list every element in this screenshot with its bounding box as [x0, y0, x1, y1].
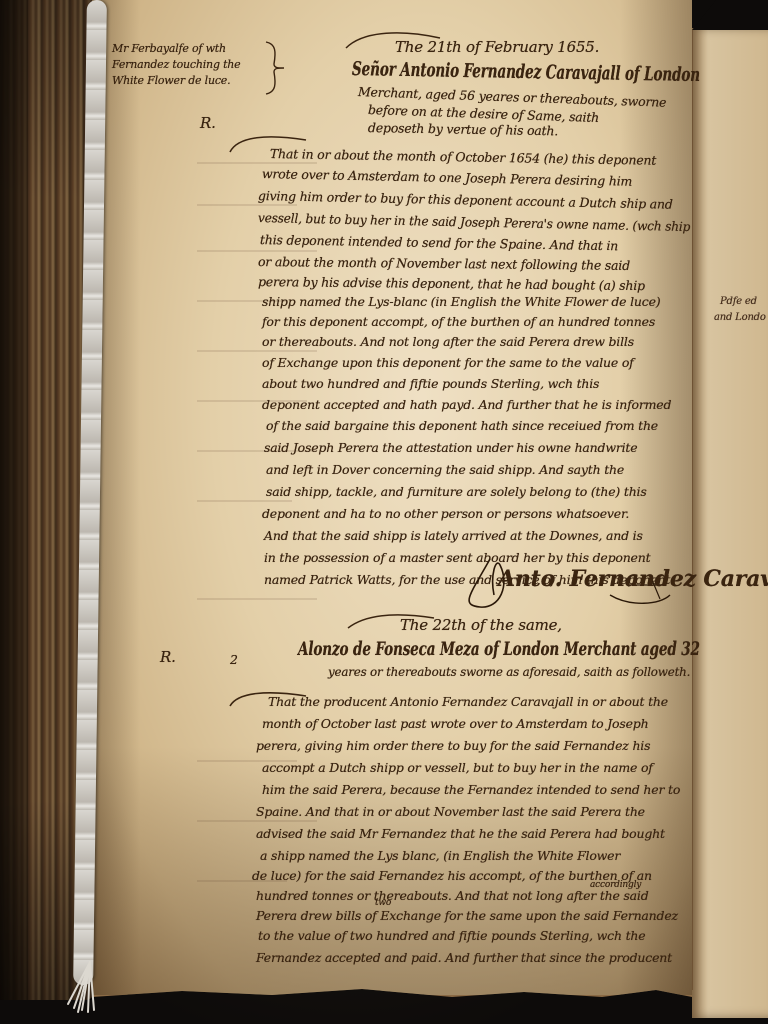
body-line: Fernandez accepted and paid. And further… — [256, 950, 672, 965]
body-line: of the said bargaine this deponent hath … — [266, 418, 658, 433]
body-line: Spaine. And that in or about November la… — [256, 804, 645, 819]
deposition-2-mark: R. — [160, 648, 176, 666]
bleed-through — [197, 162, 317, 164]
body-line: and left in Dover concerning the said sh… — [266, 462, 624, 477]
margin-note-line: Mr Ferbayalfe of wth — [112, 42, 226, 55]
deposition-1-date: The 21th of February 1655. — [395, 38, 599, 56]
body-line: of Exchange upon this deponent for the s… — [262, 355, 634, 370]
body-line: shipp named the Lys-blanc (in English th… — [262, 294, 660, 309]
right-page-note-line: Pdfe ed — [720, 296, 757, 307]
bleed-through — [197, 598, 317, 600]
body-line: That the producent Antonio Fernandez Car… — [268, 694, 668, 709]
deposition-2-deponent-line: yeares or thereabouts sworne as aforesai… — [328, 664, 690, 679]
bleed-through — [197, 350, 317, 352]
bleed-through — [197, 820, 317, 822]
body-line: him the said Perera, because the Fernand… — [262, 782, 680, 797]
body-line: said shipp, tackle, and furniture are so… — [266, 484, 647, 499]
deposition-2-number: 2 — [230, 652, 238, 667]
body-line: in the possession of a master sent aboar… — [264, 550, 650, 565]
body-line: to the value of two hundred and fiftie p… — [258, 928, 645, 943]
bleed-through — [197, 204, 297, 206]
deposition-2-deponent: Alonzo de Fonseca Meza of London Merchan… — [298, 638, 700, 660]
margin-note-line: White Flower de luce. — [112, 74, 230, 87]
body-line: advised the said Mr Fernandez that he th… — [256, 826, 665, 841]
body-line: deponent accepted and hath payd. And fur… — [262, 397, 671, 412]
body-line: or thereabouts. And not long after the s… — [262, 334, 634, 349]
interlinear-note: accordingly — [590, 880, 641, 890]
body-line: about two hundred and fiftie pounds Ster… — [262, 376, 599, 391]
body-line: for this deponent accompt, of the burthe… — [262, 314, 655, 329]
body-line: perera, giving him order there to buy fo… — [256, 738, 650, 753]
bleed-through — [197, 500, 292, 502]
body-line: deponent and ha to no other person or pe… — [262, 506, 629, 521]
bleed-through — [197, 250, 317, 252]
manuscript-photograph: Pdfe ed and Londo Mr Ferbayalfe of wth F… — [0, 0, 768, 1024]
body-line: said Joseph Perera the attestation under… — [264, 440, 637, 455]
right-page-note-line: and Londo — [714, 312, 766, 323]
body-line: hundred tonnes or thereabouts. And that … — [256, 888, 649, 903]
deposition-2-date: The 22th of the same, — [400, 616, 562, 634]
body-line: month of October last past wrote over to… — [262, 716, 648, 731]
right-facing-page: Pdfe ed and Londo — [692, 28, 768, 1018]
interlinear-insertion: two — [375, 898, 391, 908]
body-line: And that the said shipp is lately arrive… — [264, 528, 643, 543]
margin-note-line: Fernandez touching the — [112, 58, 241, 71]
body-line: Perera drew bills of Exchange for the sa… — [256, 908, 678, 923]
body-line: accompt a Dutch shipp or vessell, but to… — [262, 760, 653, 775]
cord-tassel-icon — [52, 960, 112, 1016]
margin-mark: R. — [200, 114, 216, 132]
signature: Anto. Fernandez Caravajall — [498, 566, 768, 592]
body-line: a shipp named the Lys blanc, (in English… — [260, 848, 620, 863]
